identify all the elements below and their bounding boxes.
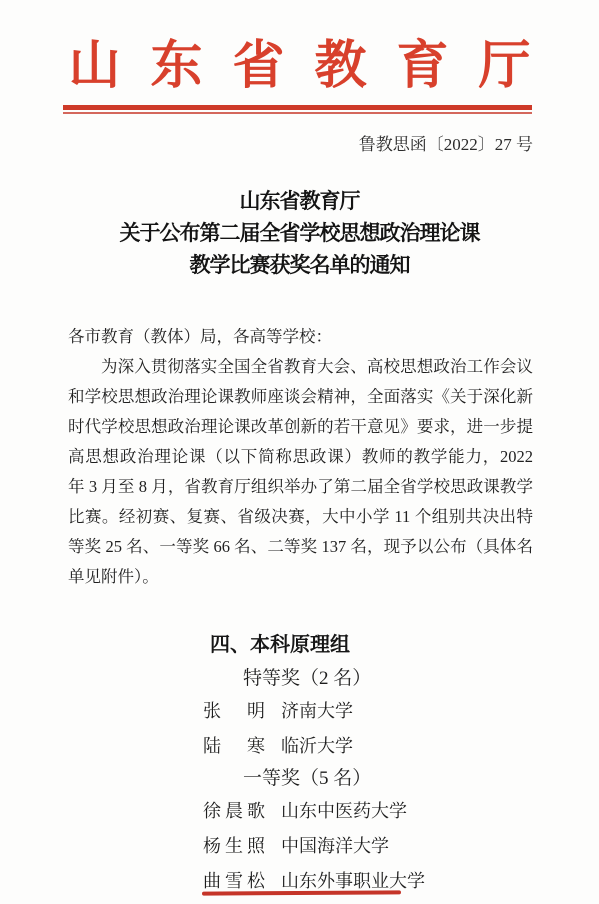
paragraph-line: 和学校思想政治理论课教师座谈会精神，全面落实《关于深化新	[68, 382, 533, 412]
letterhead-org-name-text: 山东省教育厅	[68, 38, 560, 95]
award-group: 特等奖（2 名）张 明济南大学陆 寒临沂大学	[0, 664, 599, 764]
salutation: 各市教育（教体）局，各高等学校：	[68, 322, 533, 352]
notice-title: 山东省教育厅 关于公布第二届全省学校思想政治理论课 教学比赛获奖名单的通知	[0, 185, 599, 281]
winner-school: 山东中医药大学	[281, 801, 407, 821]
winner-school: 临沂大学	[281, 736, 353, 756]
notice-title-line-3: 教学比赛获奖名单的通知	[0, 249, 599, 281]
winner-school: 济南大学	[281, 701, 353, 721]
winner-row: 陆 寒临沂大学	[0, 729, 599, 764]
divider-thin-line	[63, 112, 532, 114]
winner-name: 张 明	[203, 694, 265, 729]
notice-title-line-2: 关于公布第二届全省学校思想政治理论课	[0, 217, 599, 249]
winner-school: 山东外事职业大学	[281, 871, 425, 891]
paragraph-line: 单见附件）。	[68, 562, 533, 592]
winner-school: 中国海洋大学	[281, 836, 389, 856]
award-tier-label: 特等奖（2 名）	[0, 664, 599, 694]
winner-name: 杨生照	[203, 829, 265, 864]
winner-name: 陆 寒	[203, 729, 265, 764]
red-marker-underline	[202, 890, 401, 895]
doc-number: 鲁教思函〔2022〕27 号	[0, 134, 599, 156]
divider-thick-line	[63, 105, 532, 110]
notice-paragraph: 为深入贯彻落实全国全省教育大会、高校思想政治工作会议和学校思想政治理论课教师座谈…	[68, 352, 533, 592]
section-heading: 四、本科原理组	[0, 632, 599, 658]
winner-row: 曲雪松山东外事职业大学	[0, 864, 599, 899]
paragraph-line: 高思想政治理论课（以下简称思政课）教师的教学能力，2022	[68, 442, 533, 472]
award-group: 一等奖（5 名）徐晨歌山东中医药大学杨生照中国海洋大学曲雪松山东外事职业大学	[0, 764, 599, 899]
paragraph-line: 时代学校思想政治理论课改革创新的若干意见》要求，进一步提	[68, 412, 533, 442]
paragraph-line: 比赛。经初赛、复赛、省级决赛，大中小学 11 个组别共决出特	[68, 502, 533, 532]
letterhead-divider	[63, 105, 532, 114]
notice-title-line-1: 山东省教育厅	[0, 185, 599, 217]
letterhead-org-name: 山东省教育厅	[0, 37, 599, 97]
notice-body: 各市教育（教体）局，各高等学校： 为深入贯彻落实全国全省教育大会、高校思想政治工…	[0, 322, 599, 592]
paragraph-line: 等奖 25 名、一等奖 66 名、二等奖 137 名，现予以公布（具体名	[68, 532, 533, 562]
award-tier-label: 一等奖（5 名）	[0, 764, 599, 794]
winner-row: 杨生照中国海洋大学	[0, 829, 599, 864]
winner-name: 徐晨歌	[203, 794, 265, 829]
winner-row: 张 明济南大学	[0, 694, 599, 729]
awards-list: 特等奖（2 名）张 明济南大学陆 寒临沂大学一等奖（5 名）徐晨歌山东中医药大学…	[0, 664, 599, 899]
paragraph-line: 为深入贯彻落实全国全省教育大会、高校思想政治工作会议	[68, 352, 533, 382]
winner-row: 徐晨歌山东中医药大学	[0, 794, 599, 829]
document-page: 山东省教育厅 鲁教思函〔2022〕27 号 山东省教育厅 关于公布第二届全省学校…	[0, 0, 599, 904]
paragraph-line: 年 3 月至 8 月，省教育厅组织举办了第二届全省学校思政课教学	[68, 472, 533, 502]
